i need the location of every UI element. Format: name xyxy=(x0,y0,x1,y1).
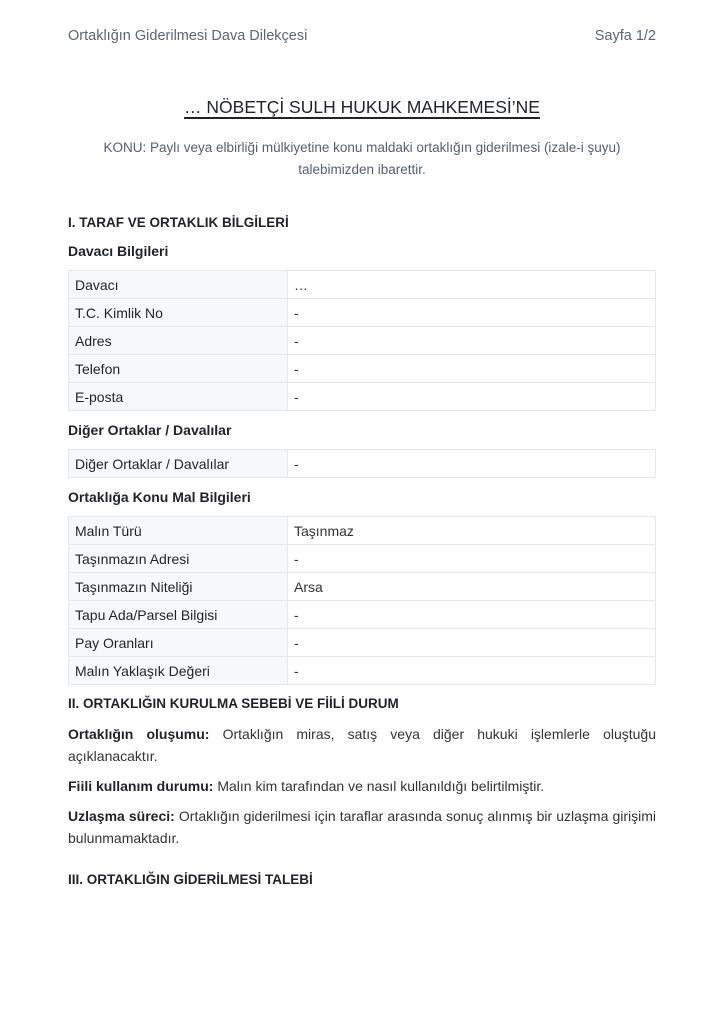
section-2-title: II. ORTAKLIĞIN KURULMA SEBEBİ VE FİİLİ D… xyxy=(68,695,656,713)
row-value: - xyxy=(288,299,656,327)
document-title: Ortaklığın Giderilmesi Dava Dilekçesi xyxy=(68,28,307,48)
table-row: T.C. Kimlik No- xyxy=(69,299,656,327)
paragraph-lead: Uzlaşma süreci: xyxy=(68,808,175,824)
table-row: Pay Oranları- xyxy=(69,629,656,657)
court-title-text: … NÖBETÇİ SULH HUKUK MAHKEMESİ’NE xyxy=(184,97,540,117)
table-row: Telefon- xyxy=(69,355,656,383)
table-row: E-posta- xyxy=(69,383,656,411)
row-value: - xyxy=(288,545,656,573)
table-row: Davacı… xyxy=(69,271,656,299)
row-value: … xyxy=(288,271,656,299)
paragraph-lead: Ortaklığın oluşumu: xyxy=(68,726,209,742)
table-row: Taşınmazın NiteliğiArsa xyxy=(69,573,656,601)
plaintiff-info-title: Davacı Bilgileri xyxy=(68,242,656,260)
row-label: Davacı xyxy=(69,271,288,299)
row-label: Malın Yaklaşık Değeri xyxy=(69,657,288,685)
row-label: Taşınmazın Adresi xyxy=(69,545,288,573)
row-value: - xyxy=(288,450,656,478)
table-row: Tapu Ada/Parsel Bilgisi- xyxy=(69,601,656,629)
row-label: Malın Türü xyxy=(69,517,288,545)
section-3-title: III. ORTAKLIĞIN GİDERİLMESİ TALEBİ xyxy=(68,871,656,889)
row-value: - xyxy=(288,629,656,657)
row-value: - xyxy=(288,383,656,411)
paragraph-formation: Ortaklığın oluşumu: Ortaklığın miras, sa… xyxy=(68,723,656,767)
paragraph-mediation: Uzlaşma süreci: Ortaklığın giderilmesi i… xyxy=(68,805,656,849)
row-label: Adres xyxy=(69,327,288,355)
row-value: Arsa xyxy=(288,573,656,601)
row-label: Tapu Ada/Parsel Bilgisi xyxy=(69,601,288,629)
table-row: Adres- xyxy=(69,327,656,355)
court-title: … NÖBETÇİ SULH HUKUK MAHKEMESİ’NE xyxy=(0,97,724,118)
table-row: Malın TürüTaşınmaz xyxy=(69,517,656,545)
page-header: Ortaklığın Giderilmesi Dava Dilekçesi Sa… xyxy=(68,28,656,48)
row-label: E-posta xyxy=(69,383,288,411)
other-parties-title: Diğer Ortaklar / Davalılar xyxy=(68,421,656,439)
section-1-title: I. TARAF VE ORTAKLIK BİLGİLERİ xyxy=(68,214,656,232)
row-value: - xyxy=(288,355,656,383)
plaintiff-info-table: Davacı… T.C. Kimlik No- Adres- Telefon- … xyxy=(68,270,656,411)
property-info-title: Ortaklığa Konu Mal Bilgileri xyxy=(68,488,656,506)
property-info-table: Malın TürüTaşınmaz Taşınmazın Adresi- Ta… xyxy=(68,516,656,685)
paragraph-lead: Fiili kullanım durumu: xyxy=(68,778,213,794)
row-label: Telefon xyxy=(69,355,288,383)
table-row: Taşınmazın Adresi- xyxy=(69,545,656,573)
row-value: - xyxy=(288,327,656,355)
page-indicator: Sayfa 1/2 xyxy=(595,28,656,48)
document-body: I. TARAF VE ORTAKLIK BİLGİLERİ Davacı Bi… xyxy=(68,214,656,899)
row-value: - xyxy=(288,601,656,629)
row-label: Diğer Ortaklar / Davalılar xyxy=(69,450,288,478)
other-parties-table: Diğer Ortaklar / Davalılar- xyxy=(68,449,656,478)
row-label: T.C. Kimlik No xyxy=(69,299,288,327)
table-row: Malın Yaklaşık Değeri- xyxy=(69,657,656,685)
paragraph-actual-use: Fiili kullanım durumu: Malın kim tarafın… xyxy=(68,775,656,797)
row-value: Taşınmaz xyxy=(288,517,656,545)
row-label: Taşınmazın Niteliği xyxy=(69,573,288,601)
row-label: Pay Oranları xyxy=(69,629,288,657)
paragraph-text: Malın kim tarafından ve nasıl kullanıldı… xyxy=(213,778,544,794)
subject-text: KONU: Paylı veya elbirliği mülkiyetine k… xyxy=(88,137,636,181)
table-row: Diğer Ortaklar / Davalılar- xyxy=(69,450,656,478)
row-value: - xyxy=(288,657,656,685)
